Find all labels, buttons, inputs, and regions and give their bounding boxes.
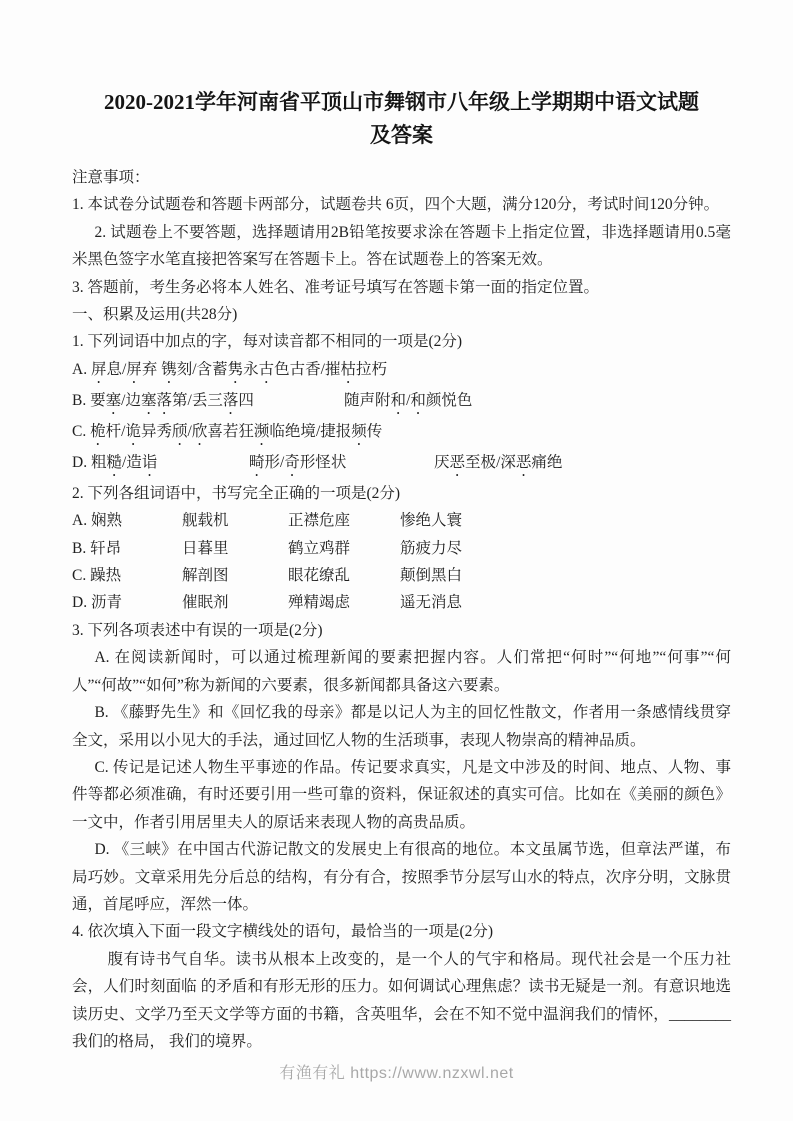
question-4-stem: 4. 依次填入下面一段文字横线处的语句，最恰当的一项是(2分) — [72, 918, 731, 945]
q3-option-a: A. 在阅读新闻时，可以通过梳理新闻的要素把握内容。人们常把“何时”“何地”“何… — [72, 644, 731, 699]
q1-option-c: C. 桅杆/诡异秀颀/欣喜若狂濒临绝境/捷报频传 — [72, 418, 731, 449]
q1-option-d-pair-2: 畸形/奇形怪状 — [249, 449, 434, 480]
notice-item-3: 3. 答题前，考生务必将本人姓名、准考证号填写在答题卡第一面的指定位置。 — [72, 274, 731, 301]
q2-option-d-word-1: D. 沥青 — [72, 589, 182, 616]
question-2-stem: 2. 下列各组词语中，书写完全正确的一项是(2分) — [72, 480, 731, 507]
q2-option-d: D. 沥青催眠剂殚精竭虑遥无消息 — [72, 589, 731, 616]
q2-option-a: A. 娴熟舰载机正襟危座惨绝人寰 — [72, 507, 731, 534]
q1-option-c-text: C. 桅杆/诡异秀颀/欣喜若狂濒临绝境/捷报频传 — [72, 418, 382, 449]
q1-option-d-pair-3: 厌恶至极/深恶痛绝 — [434, 449, 562, 480]
q1-option-d: D. 粗糙/造诣畸形/奇形怪状厌恶至极/深恶痛绝 — [72, 449, 731, 480]
q2-option-b-word-1: B. 轩昂 — [72, 535, 182, 562]
q2-option-d-word-2: 催眠剂 — [182, 589, 288, 616]
q2-option-a-word-2: 舰载机 — [182, 507, 288, 534]
q1-option-b-pair-2: 随声附和/和颜悦色 — [344, 387, 472, 418]
notice-item-2: 2. 试题卷上不要答题，选择题请用2B铅笔按要求涂在答题卡上指定位置，非选择题请… — [72, 219, 731, 274]
footer-watermark-text: 有渔有礼 https://www.nzxwl.net — [279, 1065, 513, 1082]
q2-option-c: C. 躁热解剖图眼花缭乱颠倒黑白 — [72, 562, 731, 589]
q3-option-b: B. 《藤野先生》和《回忆我的母亲》都是以记人为主的回忆性散文，作者用一条感情线… — [72, 699, 731, 754]
section-1-heading: 一、积累及运用(共28分) — [72, 301, 731, 328]
q3-option-d: D. 《三峡》在中国古代游记散文的发展史上有很高的地位。本文虽属节选，但章法严谨… — [72, 836, 731, 918]
page-title: 2020-2021学年河南省平顶山市舞钢市八年级上学期期中语文试题及答案 — [98, 86, 706, 151]
notice-label: 注意事项： — [72, 164, 731, 191]
q2-option-c-word-3: 眼花缭乱 — [288, 562, 400, 589]
q1-option-b-pair-1: B. 要塞/边塞落第/丢三落四 — [72, 387, 344, 418]
q2-option-d-word-3: 殚精竭虑 — [288, 589, 400, 616]
q2-option-c-word-4: 颠倒黑白 — [400, 562, 462, 589]
q2-option-c-word-1: C. 躁热 — [72, 562, 182, 589]
q2-option-a-word-4: 惨绝人寰 — [400, 507, 462, 534]
q1-option-b: B. 要塞/边塞落第/丢三落四随声附和/和颜悦色 — [72, 387, 731, 418]
q2-option-d-word-4: 遥无消息 — [400, 589, 462, 616]
q2-option-a-word-1: A. 娴熟 — [72, 507, 182, 534]
question-3-stem: 3. 下列各项表述中有误的一项是(2分) — [72, 617, 731, 644]
q2-option-b-word-2: 日暮里 — [182, 535, 288, 562]
q2-option-a-word-3: 正襟危座 — [288, 507, 400, 534]
question-1-stem: 1. 下列词语中加点的字，每对读音都不相同的一项是(2分) — [72, 328, 731, 355]
q2-option-c-word-2: 解剖图 — [182, 562, 288, 589]
page-footer: 有渔有礼 https://www.nzxwl.net — [0, 1060, 793, 1083]
q3-option-c: C. 传记是记述人物生平事迹的作品。传记要求真实，凡是文中涉及的时间、地点、人物… — [72, 754, 731, 836]
q2-option-b-word-3: 鹤立鸡群 — [288, 535, 400, 562]
q1-option-d-pair-1: D. 粗糙/造诣 — [72, 449, 249, 480]
q1-option-a-text: A. 屏息/屏弃 镌刻/含蓄隽永古色古香/摧枯拉朽 — [72, 356, 387, 387]
exam-paper-page: 2020-2021学年河南省平顶山市舞钢市八年级上学期期中语文试题及答案 注意事… — [0, 0, 793, 1121]
q4-passage: 腹有诗书气自华。读书从根本上改变的，是一个人的气宇和格局。现代社会是一个压力社会… — [72, 946, 731, 1056]
q1-option-a: A. 屏息/屏弃 镌刻/含蓄隽永古色古香/摧枯拉朽 — [72, 356, 731, 387]
q2-option-b-word-4: 筋疲力尽 — [400, 535, 462, 562]
q2-option-b: B. 轩昂日暮里鹤立鸡群筋疲力尽 — [72, 535, 731, 562]
notice-item-1: 1. 本试卷分试题卷和答题卡两部分，试题卷共 6页，四个大题，满分120分，考试… — [72, 191, 731, 218]
